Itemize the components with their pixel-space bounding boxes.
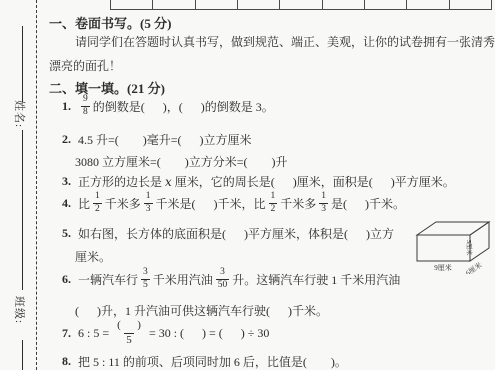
section1-heading: 一、卷面书写。(5 分)	[49, 13, 171, 32]
score-table-cell	[195, 0, 237, 9]
question-text: 千米是( )千米，比	[156, 195, 266, 212]
score-table-cell	[449, 0, 491, 9]
question-text: 把 5 : 11 的前项、后项同时加 6 后，比值是( )。	[78, 353, 347, 370]
question-text: 厘米，它的周长是( )厘米，面积是( )平方厘米。	[172, 173, 455, 190]
fraction: ( )5	[115, 320, 143, 346]
fraction: 13	[144, 192, 153, 215]
fraction: 13	[319, 192, 328, 215]
fraction-numerator: 3	[141, 268, 150, 279]
question-6-line1: 6. 一辆汽车行 35 千米用汽油 350 升。这辆汽车行驶 1 千米用汽油	[62, 266, 400, 292]
fraction-numerator: 1	[93, 192, 102, 203]
variable-x: x	[165, 175, 172, 189]
score-table-cell	[364, 0, 406, 9]
cuboid-width-label: 9厘米	[434, 263, 452, 272]
question-text: 一辆汽车行	[78, 271, 138, 288]
question-2-line1: 2. 4.5 升=( )毫升=( )立方厘米	[62, 131, 252, 148]
score-table-cell	[111, 0, 152, 9]
cuboid-depth-label: 6厘米	[464, 260, 484, 274]
fraction-denominator: 5	[124, 333, 134, 347]
question-4: 4. 比 12 千米多 13 千米是( )千米，比 12 千米多 13 是( )…	[62, 190, 405, 216]
question-number: 6.	[62, 272, 71, 287]
question-5-line1: 5. 如右图，长方体的底面积是( )平方厘米，体积是( )立方	[62, 225, 394, 242]
question-text: = 30 : ( ) = ( ) ÷ 30	[146, 326, 269, 341]
fraction-denominator: 50	[216, 279, 230, 291]
score-table-cell	[279, 0, 321, 9]
fraction: 12	[269, 192, 278, 215]
fraction-numerator: 1	[144, 192, 153, 203]
fraction-denominator: 5	[141, 279, 150, 291]
question-5-line2: 厘米。	[75, 248, 111, 265]
name-label: 姓名:	[12, 100, 28, 128]
fraction: 98	[81, 95, 90, 118]
section1-paragraph-line1: 请同学们在答题时认真书写，做到规范、端正、美观，让你的试卷拥有一张清秀、	[75, 33, 495, 50]
question-text: 千米用汽油	[153, 271, 213, 288]
fraction: 35	[141, 268, 150, 291]
fraction-denominator: 3	[319, 203, 328, 215]
fraction-numerator: 3	[218, 268, 227, 279]
fraction-numerator: 1	[319, 192, 328, 203]
question-number: 2.	[62, 132, 71, 147]
question-8: 8. 把 5 : 11 的前项、后项同时加 6 后，比值是( )。	[62, 353, 347, 370]
class-label: 班级:	[12, 296, 28, 324]
fraction-denominator: 2	[93, 203, 102, 215]
class-write-line-2	[22, 340, 23, 370]
section1-paragraph-line2: 漂亮的面孔！	[49, 57, 121, 74]
question-text: 千米多	[280, 195, 316, 212]
score-table-cell	[322, 0, 364, 9]
question-text: 4.5 升=( )毫升=( )立方厘米	[78, 131, 252, 148]
question-number: 4.	[62, 196, 71, 211]
fraction-denominator: 3	[144, 203, 153, 215]
question-7: 7. 6 : 5 = ( )5 = 30 : ( ) = ( ) ÷ 30	[62, 319, 269, 347]
exam-paper-page: 姓名: 班级: 一、卷面书写。(5 分) 请同学们在答题时认真书写，做到规范、端…	[0, 0, 495, 370]
score-table-cell	[237, 0, 279, 9]
fraction-numerator: 9	[81, 95, 90, 106]
score-table-cell	[406, 0, 448, 9]
question-number: 7.	[62, 326, 71, 341]
score-table	[110, 0, 492, 10]
question-text: 比	[78, 195, 90, 212]
question-number: 3.	[62, 174, 71, 189]
fraction-numerator: ( )	[115, 320, 143, 333]
question-text: 如右图，长方体的底面积是( )平方厘米，体积是( )立方	[78, 225, 394, 242]
fraction: 350	[216, 268, 230, 291]
question-text: 正方形的边长是	[78, 173, 165, 190]
fraction-denominator: 8	[81, 106, 90, 118]
class-write-line	[22, 130, 23, 290]
cuboid-height-label: 5厘米	[465, 240, 473, 255]
cuboid-top-face	[417, 222, 489, 235]
question-text: 千米多	[105, 195, 141, 212]
question-3: 3. 正方形的边长是 x 厘米，它的周长是( )厘米，面积是( )平方厘米。	[62, 173, 455, 190]
question-text: 6 : 5 =	[78, 326, 112, 341]
question-text: 是( )千米。	[331, 195, 405, 212]
question-number: 1.	[62, 99, 71, 114]
fraction: 12	[93, 192, 102, 215]
score-table-cell	[152, 0, 194, 9]
cuboid-figure: 9厘米 6厘米 5厘米	[414, 218, 494, 274]
question-6-line2: ( )升，1 升汽油可供这辆汽车行驶( )千米。	[75, 302, 328, 319]
fraction-numerator: 1	[269, 192, 278, 203]
seal-dashed-line	[36, 0, 37, 370]
fraction-denominator: 2	[269, 203, 278, 215]
question-1: 1. 98 的倒数是( )，( )的倒数是 3。	[62, 93, 274, 119]
name-write-line	[22, 26, 23, 102]
question-number: 5.	[62, 226, 71, 241]
question-2-line2: 3080 立方厘米=( )立方分米=( )升	[75, 153, 288, 170]
question-text: 升。这辆汽车行驶 1 千米用汽油	[232, 271, 400, 288]
cuboid-front-face	[417, 235, 470, 261]
question-text: 的倒数是( )，( )的倒数是 3。	[93, 98, 274, 115]
question-number: 8.	[62, 354, 71, 369]
